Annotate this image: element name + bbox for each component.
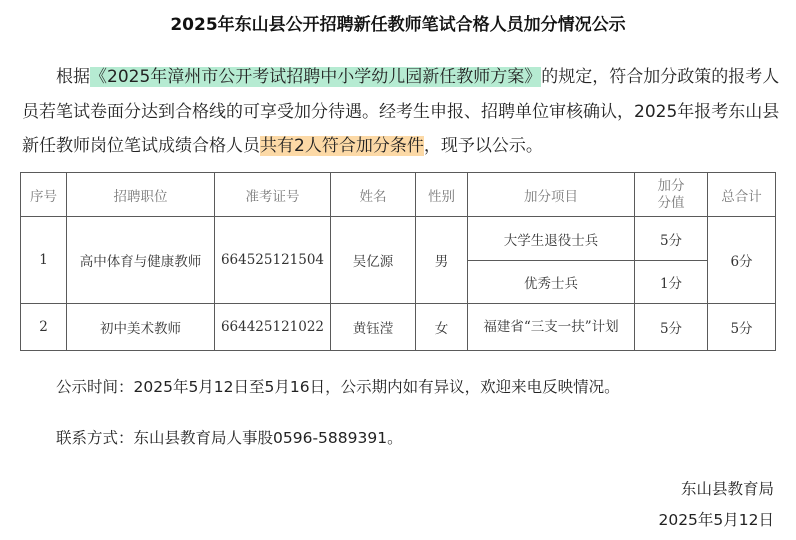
cell-exam-id: 664425121022 [215,304,331,351]
cell-total: 5分 [708,304,776,351]
header-name: 姓名 [331,173,416,217]
page-title: 2025年东山县公开招聘新任教师笔试合格人员加分情况公示 [0,10,796,35]
header-gender: 性别 [416,173,468,217]
cell-bonus-item: 优秀士兵 [468,261,635,304]
header-total: 总合计 [708,173,776,217]
cell-bonus-value: 5分 [635,304,708,351]
cell-gender: 女 [416,304,468,351]
intro-prefix: 根据 [56,67,90,87]
cell-bonus-value: 5分 [635,217,708,261]
cell-total: 6分 [708,217,776,304]
header-bonus-value: 加分分值 [635,173,708,217]
cell-seq: 2 [21,304,67,351]
cell-exam-id: 664525121504 [215,217,331,304]
signature-date: 2025年5月12日 [658,508,774,530]
policy-document-highlight: 《2025年漳州市公开考试招聘中小学幼儿园新任教师方案》 [90,67,541,87]
cell-position: 初中美术教师 [67,304,215,351]
intro-suffix: ，现予以公示。 [424,136,543,156]
table-header-row: 序号 招聘职位 准考证号 姓名 性别 加分项目 加分分值 总合计 [21,173,776,217]
cell-bonus-value: 1分 [635,261,708,304]
cell-name: 黄钰滢 [331,304,416,351]
cell-gender: 男 [416,217,468,304]
intro-paragraph: 根据《2025年漳州市公开考试招聘中小学幼儿园新任教师方案》的规定，符合加分政策… [22,60,782,164]
bonus-points-table: 序号 招聘职位 准考证号 姓名 性别 加分项目 加分分值 总合计 1 高中体育与… [20,172,776,351]
count-highlight: 共有2人符合加分条件 [260,136,424,156]
header-exam-id: 准考证号 [215,173,331,217]
header-position: 招聘职位 [67,173,215,217]
cell-position: 高中体育与健康教师 [67,217,215,304]
cell-bonus-item: 福建省“三支一扶”计划 [468,304,635,351]
signature-org: 东山县教育局 [681,477,774,499]
cell-name: 吴亿源 [331,217,416,304]
header-seq: 序号 [21,173,67,217]
table-row: 1 高中体育与健康教师 664525121504 吴亿源 男 大学生退役士兵 5… [21,217,776,261]
header-bonus-item: 加分项目 [468,173,635,217]
table-row: 2 初中美术教师 664425121022 黄钰滢 女 福建省“三支一扶”计划 … [21,304,776,351]
contact-info: 联系方式：东山县教育局人事股0596-5889391。 [56,426,403,448]
cell-seq: 1 [21,217,67,304]
notice-period: 公示时间：2025年5月12日至5月16日，公示期内如有异议，欢迎来电反映情况。 [56,375,620,397]
cell-bonus-item: 大学生退役士兵 [468,217,635,261]
